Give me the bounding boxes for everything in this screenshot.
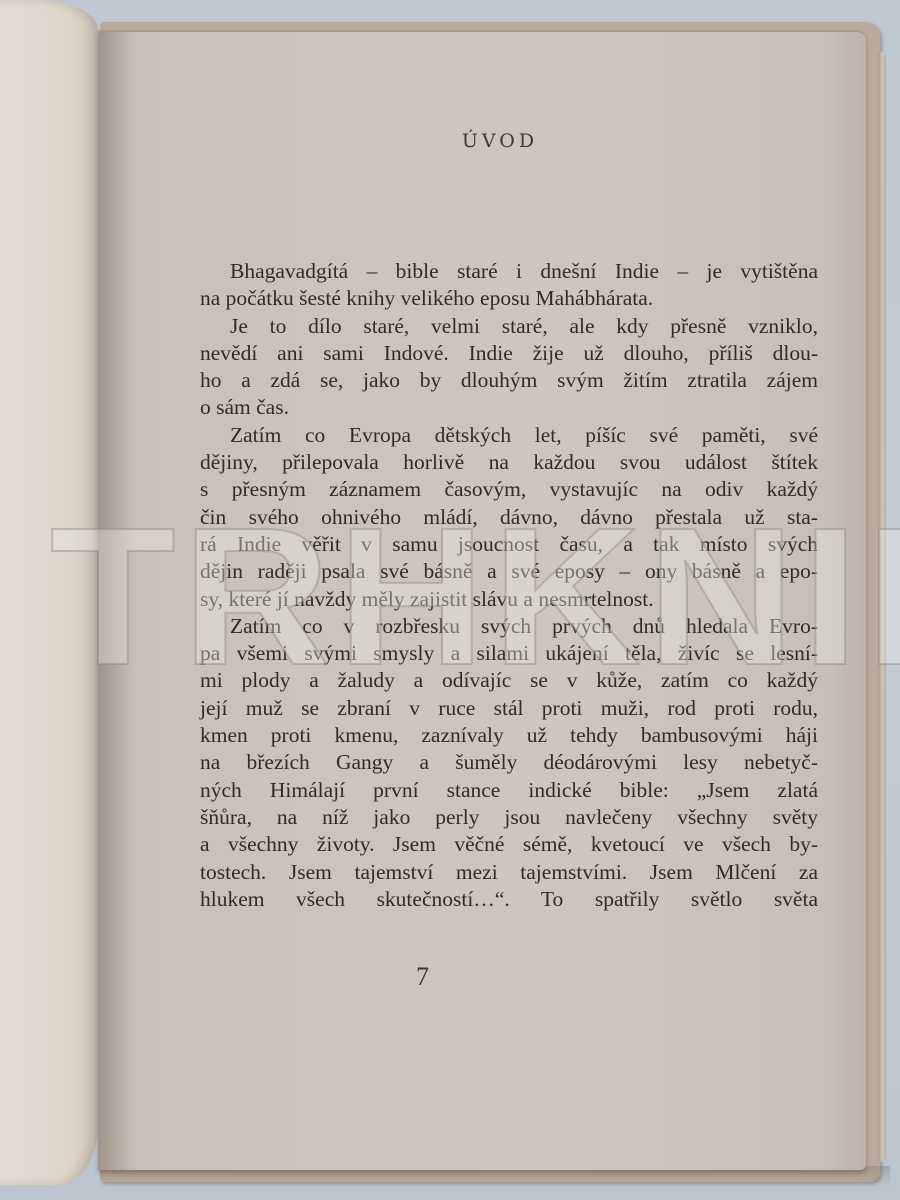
- body-text: Bhagavadgítá – bible staré i dnešní Indi…: [200, 258, 818, 913]
- text-line: pa všemi svými smysly a silami ukájení t…: [200, 640, 818, 667]
- text-line: hlukem všech skutečností…“. To spatřily …: [200, 886, 818, 913]
- text-line: Bhagavadgítá – bible staré i dnešní Indi…: [200, 258, 818, 285]
- text-line: Je to dílo staré, velmi staré, ale kdy p…: [200, 313, 818, 340]
- left-facing-page: [0, 0, 98, 1185]
- paragraph-1: Bhagavadgítá – bible staré i dnešní Indi…: [200, 258, 818, 313]
- text-line: o sám čas.: [200, 394, 818, 421]
- paragraph-3: Zatím co Evropa dětských let, píšíc své …: [200, 422, 818, 613]
- text-line: tostech. Jsem tajemství mezi tajemstvími…: [200, 859, 818, 886]
- paragraph-2: Je to dílo staré, velmi staré, ale kdy p…: [200, 313, 818, 422]
- text-line: dějiny, přilepovala horlivě na každou sv…: [200, 449, 818, 476]
- text-line: kmen proti kmenu, zaznívaly už tehdy bam…: [200, 722, 818, 749]
- page-number: 7: [416, 962, 429, 992]
- text-line: rá Indie věřit v samu jsoucnost času, a …: [200, 531, 818, 558]
- gutter-shadow: [98, 32, 138, 1170]
- text-line: Zatím co v rozbřesku svých prvých dnů hl…: [200, 613, 818, 640]
- text-line: na březích Gangy a šuměly déodárovými le…: [200, 749, 818, 776]
- text-line: šňůra, na níž jako perly jsou navlečeny …: [200, 804, 818, 831]
- text-line: čin svého ohnivého mládí, dávno, dávno p…: [200, 504, 818, 531]
- book-page: ÚVOD Bhagavadgítá – bible staré i dnešní…: [98, 30, 866, 1170]
- text-line: Zatím co Evropa dětských let, píšíc své …: [200, 422, 818, 449]
- text-line: mi plody a žaludy a odívajíc se v kůže, …: [200, 667, 818, 694]
- chapter-title: ÚVOD: [98, 130, 866, 152]
- text-line: její muž se zbraní v ruce stál proti muž…: [200, 695, 818, 722]
- text-line: nevědí ani sami Indové. Indie žije už dl…: [200, 340, 818, 367]
- text-line: na počátku šesté knihy velikého eposu Ma…: [200, 285, 818, 312]
- text-line: dějin raději psala své básně a své eposy…: [200, 558, 818, 585]
- photo-scene: ÚVOD Bhagavadgítá – bible staré i dnešní…: [0, 0, 900, 1200]
- text-line: ných Himálají první stance indické bible…: [200, 777, 818, 804]
- text-line: sy, které jí navždy měly zajistit slávu …: [200, 586, 818, 613]
- text-line: a všechny životy. Jsem věčné sémě, kveto…: [200, 831, 818, 858]
- text-line: s přesným záznamem časovým, vystavujíc n…: [200, 476, 818, 503]
- paragraph-4: Zatím co v rozbřesku svých prvých dnů hl…: [200, 613, 818, 913]
- text-line: ho a zdá se, jako by dlouhým svým žitím …: [200, 367, 818, 394]
